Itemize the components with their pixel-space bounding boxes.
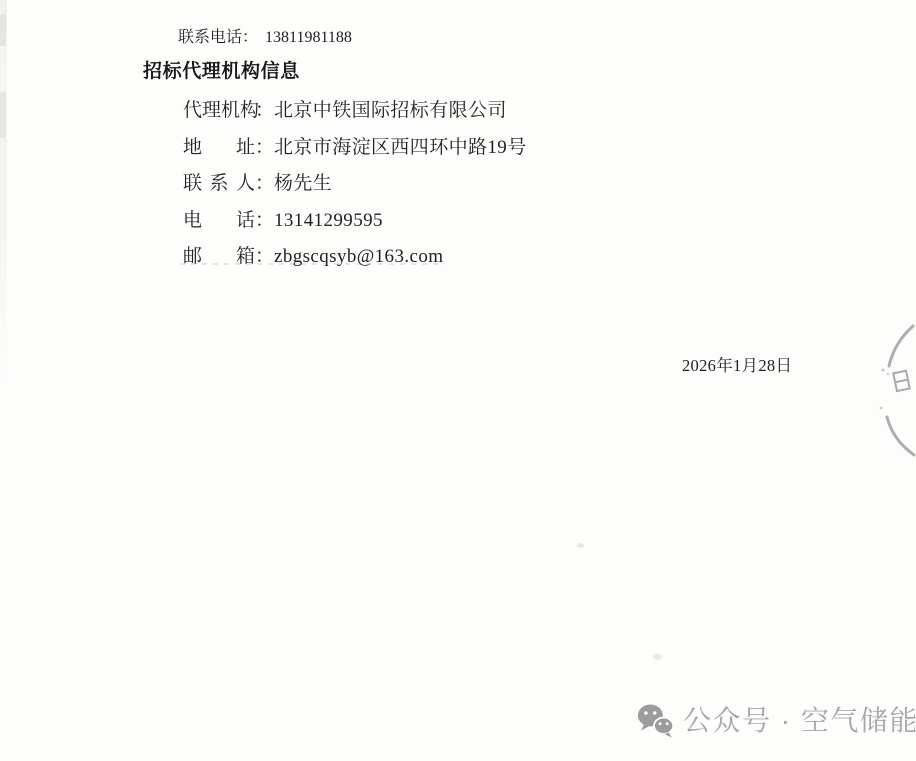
contact-phone-value: 13811981188 bbox=[265, 29, 352, 46]
scan-speck bbox=[577, 543, 584, 548]
agency-row-label: 代理机构 bbox=[183, 95, 255, 122]
scan-smudge bbox=[0, 92, 6, 138]
scan-streak-artifact bbox=[180, 263, 445, 265]
agency-row-value: 北京市海淀区西四环中路19号 bbox=[274, 137, 527, 158]
wechat-icon bbox=[637, 702, 674, 740]
stamp-fragment-artifact bbox=[854, 318, 916, 463]
agency-row: 联系人：杨先生 bbox=[183, 168, 332, 195]
agency-section-heading: 招标代理机构信息 bbox=[143, 56, 300, 83]
scan-smudge bbox=[0, 14, 6, 46]
scan-speck bbox=[653, 654, 662, 660]
scan-edge-artifact bbox=[0, 0, 7, 386]
agency-row-value: 北京中铁国际招标有限公司 bbox=[274, 100, 507, 121]
agency-row: 地址：北京市海淀区西四环中路19号 bbox=[183, 132, 527, 159]
agency-row-value: 杨先生 bbox=[274, 173, 332, 194]
agency-row: 电话：13141299595 bbox=[183, 205, 383, 232]
agency-row-label: 电话 bbox=[183, 205, 255, 232]
contact-phone-line: 联系电话：13811981188 bbox=[178, 24, 352, 47]
agency-row: 代理机构：北京中铁国际招标有限公司 bbox=[183, 95, 507, 122]
agency-row-label: 地址 bbox=[183, 132, 255, 159]
agency-row-colon: ： bbox=[255, 132, 274, 159]
agency-row-label: 联系人 bbox=[183, 168, 255, 195]
agency-row-colon: ： bbox=[255, 168, 274, 195]
document-date: 2026年1月28日 bbox=[682, 352, 792, 376]
watermark: 公众号 · 空气储能 bbox=[637, 702, 916, 740]
agency-row-value: 13141299595 bbox=[274, 210, 383, 231]
contact-phone-colon: ： bbox=[242, 24, 258, 47]
agency-row-colon: ： bbox=[255, 95, 274, 122]
watermark-text: 公众号 · 空气储能 bbox=[683, 704, 916, 738]
contact-phone-label: 联系电话 bbox=[178, 24, 242, 47]
agency-row-colon: ： bbox=[255, 205, 274, 232]
